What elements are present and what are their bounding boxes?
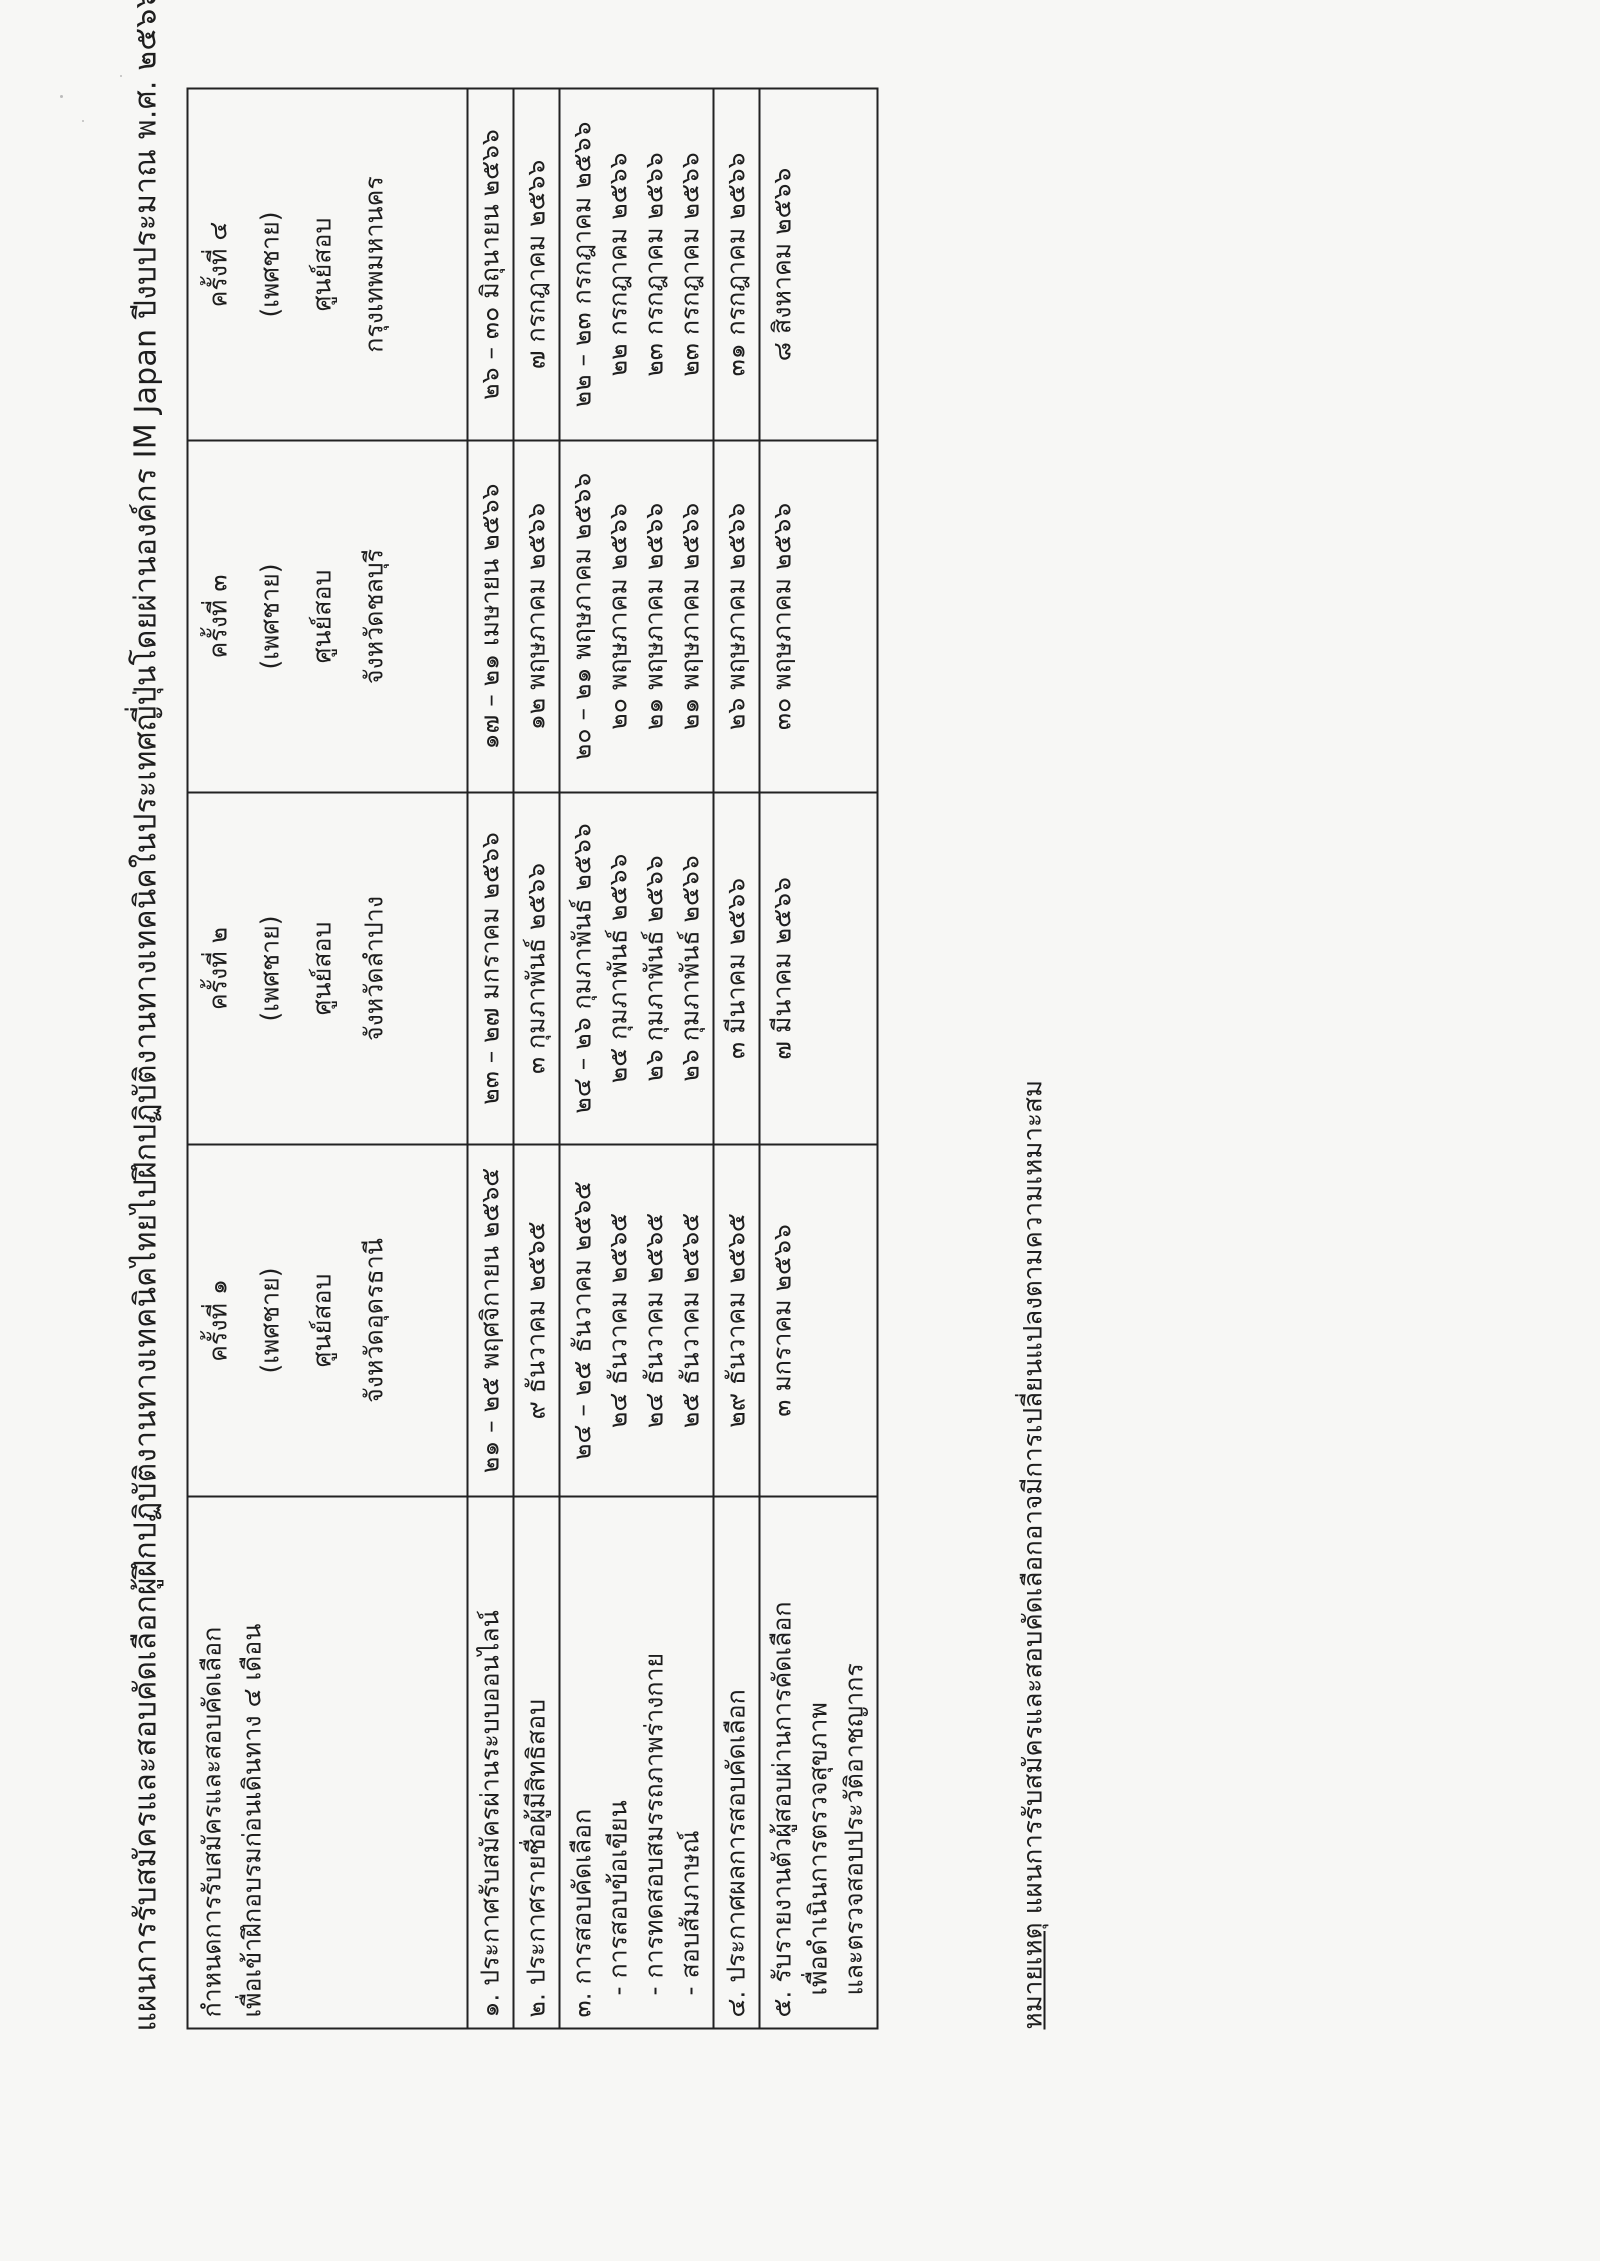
date-value: ๒๓ – ๒๗ มกราคม ๒๕๖๖ [472,803,508,1133]
task-header-line-2: เพื่อเข้าฝึกอบรมก่อนเดินทาง ๔ เดือน [232,1507,272,2017]
round-2-date-cell: ๓ กุมภาพันธ์ ๒๕๖๖ [513,792,559,1144]
round-4-date-cell: ๘ สิงหาคม ๒๕๖๖ [759,88,877,440]
round-gender: (เพศชาย) [244,451,296,781]
scan-speck [120,75,122,77]
round-number: ครั้งที่ ๓ [192,451,244,781]
row-label-line: - การทดสอบสมรรถภาพร่างกาย [636,1507,672,2017]
round-2-date-cell: ๓ มีนาคม ๒๕๖๖ [713,792,759,1144]
row-label: ๔. ประกาศผลการสอบคัดเลือก [713,1496,759,2028]
row-label-line: ๓. การสอบคัดเลือก [564,1507,600,2017]
document-page: แผนการรับสมัครและสอบคัดเลือกผู้ฝึกปฏิบัต… [0,0,1600,2261]
date-value: ๒๒ กรกฎาคม ๒๕๖๖ [600,99,636,429]
round-2-date-cell: ๒๔ – ๒๖ กุมภาพันธ์ ๒๕๖๖๒๕ กุมภาพันธ์ ๒๕๖… [559,792,713,1144]
scan-speck [60,95,63,98]
round-2-date-cell: ๒๓ – ๒๗ มกราคม ๒๕๖๖ [467,792,513,1144]
row-label-line: ๕. รับรายงานตัวผู้สอบผ่านการคัดเลือก [764,1507,800,2017]
round-number: ครั้งที่ ๔ [192,99,244,429]
date-value: ๓๐ พฤษภาคม ๒๕๖๖ [764,451,800,781]
table-row: ๓. การสอบคัดเลือก- การสอบข้อเขียน- การทด… [559,88,713,2028]
round-center-label: ศูนย์สอบ [296,451,348,781]
row-label-line: เพื่อดำเนินการตรวจสุขภาพ [800,1507,836,2017]
round-center: จังหวัดชลบุรี [348,451,400,781]
round-gender: (เพศชาย) [244,99,296,429]
round-3-header: ครั้งที่ ๓ (เพศชาย) ศูนย์สอบ จังหวัดชลบุ… [187,440,467,792]
date-value: ๑๗ – ๒๑ เมษายน ๒๕๖๖ [472,451,508,781]
round-1-date-cell: ๒๔ – ๒๕ ธันวาคม ๒๕๖๕๒๔ ธันวาคม ๒๕๖๕๒๔ ธั… [559,1144,713,1496]
round-3-date-cell: ๒๖ พฤษภาคม ๒๕๖๖ [713,440,759,792]
round-1-date-cell: ๒๑ – ๒๕ พฤศจิกายน ๒๕๖๕ [467,1144,513,1496]
document-title: แผนการรับสมัครและสอบคัดเลือกผู้ฝึกปฏิบัต… [122,131,169,2031]
date-value: ๑๒ พฤษภาคม ๒๕๖๖ [518,451,554,781]
round-3-date-cell: ๓๐ พฤษภาคม ๒๕๖๖ [759,440,877,792]
table-header-row: กำหนดการรับสมัครและสอบคัดเลือก เพื่อเข้า… [187,88,467,2028]
round-3-date-cell: ๑๗ – ๒๑ เมษายน ๒๕๖๖ [467,440,513,792]
date-value: ๒๓ กรกฎาคม ๒๕๖๖ [636,99,672,429]
date-value: ๒๑ พฤษภาคม ๒๕๖๖ [672,451,708,781]
round-1-date-cell: ๓ มกราคม ๒๕๖๖ [759,1144,877,1496]
date-value: ๓ กุมภาพันธ์ ๒๕๖๖ [518,803,554,1133]
round-center-label: ศูนย์สอบ [296,1155,348,1485]
table-row: ๕. รับรายงานตัวผู้สอบผ่านการคัดเลือกเพื่… [759,88,877,2028]
round-4-date-cell: ๗ กรกฎาคม ๒๕๖๖ [513,88,559,440]
row-label: ๑. ประกาศรับสมัครผ่านระบบออนไลน์ [467,1496,513,2028]
date-value: ๒๖ กุมภาพันธ์ ๒๕๖๖ [672,803,708,1133]
round-4-date-cell: ๓๑ กรกฎาคม ๒๕๖๖ [713,88,759,440]
row-label-line: และตรวจสอบประวัติอาชญากร [836,1507,872,2017]
round-center-label: ศูนย์สอบ [296,99,348,429]
round-center: กรุงเทพมหานคร [348,99,400,429]
task-header-line-1: กำหนดการรับสมัครและสอบคัดเลือก [192,1507,232,2017]
date-value: ๒๔ ธันวาคม ๒๕๖๕ [600,1155,636,1485]
date-value: ๒๕ กุมภาพันธ์ ๒๕๖๖ [600,803,636,1133]
round-1-date-cell: ๒๙ ธันวาคม ๒๕๖๕ [713,1144,759,1496]
date-value: ๓ มกราคม ๒๕๖๖ [764,1155,800,1485]
round-center-label: ศูนย์สอบ [296,803,348,1133]
round-number: ครั้งที่ ๑ [192,1155,244,1485]
row-label-line: - การสอบข้อเขียน [600,1507,636,2017]
date-value: ๒๐ – ๒๑ พฤษภาคม ๒๕๖๖ [564,451,600,781]
date-value: ๗ กรกฎาคม ๒๕๖๖ [518,99,554,429]
date-value: ๒๔ – ๒๖ กุมภาพันธ์ ๒๕๖๖ [564,803,600,1133]
date-value: ๒๖ พฤษภาคม ๒๕๖๖ [718,451,754,781]
date-value: ๒๑ พฤษภาคม ๒๕๖๖ [636,451,672,781]
round-number: ครั้งที่ ๒ [192,803,244,1133]
round-center: จังหวัดลำปาง [348,803,400,1133]
round-3-date-cell: ๒๐ – ๒๑ พฤษภาคม ๒๕๖๖๒๐ พฤษภาคม ๒๕๖๖๒๑ พฤ… [559,440,713,792]
table-row: ๒. ประกาศรายชื่อผู้มีสิทธิสอบ๙ ธันวาคม ๒… [513,88,559,2028]
date-value: ๓๑ กรกฎาคม ๒๕๖๖ [718,99,754,429]
row-label-line: ๒. ประกาศรายชื่อผู้มีสิทธิสอบ [518,1507,554,2017]
date-value: ๓ มีนาคม ๒๕๖๖ [718,803,754,1133]
date-value: ๒๑ – ๒๕ พฤศจิกายน ๒๕๖๕ [472,1155,508,1485]
row-label-line: ๔. ประกาศผลการสอบคัดเลือก [718,1507,754,2017]
date-value: ๒๙ ธันวาคม ๒๕๖๕ [718,1155,754,1485]
row-label-line: ๑. ประกาศรับสมัครผ่านระบบออนไลน์ [472,1507,508,2017]
date-value: ๒๖ – ๓๐ มิถุนายน ๒๕๖๖ [472,99,508,429]
row-label-line: - สอบสัมภาษณ์ [672,1507,708,2017]
row-label: ๓. การสอบคัดเลือก- การสอบข้อเขียน- การทด… [559,1496,713,2028]
date-value: ๗ มีนาคม ๒๕๖๖ [764,803,800,1133]
round-center: จังหวัดอุดรธานี [348,1155,400,1485]
round-4-date-cell: ๒๖ – ๓๐ มิถุนายน ๒๕๖๖ [467,88,513,440]
date-value: ๒๒ – ๒๓ กรกฎาคม ๒๕๖๖ [564,99,600,429]
round-3-date-cell: ๑๒ พฤษภาคม ๒๕๖๖ [513,440,559,792]
round-gender: (เพศชาย) [244,803,296,1133]
date-value: ๒๕ ธันวาคม ๒๕๖๕ [672,1155,708,1485]
table-body: ๑. ประกาศรับสมัครผ่านระบบออนไลน์๒๑ – ๒๕ … [467,88,877,2028]
footnote: หมายเหตุ แผนการรับสมัครและสอบคัดเลือกอาจ… [1012,1079,1053,2029]
table-row: ๑. ประกาศรับสมัครผ่านระบบออนไลน์๒๑ – ๒๕ … [467,88,513,2028]
round-gender: (เพศชาย) [244,1155,296,1485]
table-row: ๔. ประกาศผลการสอบคัดเลือก๒๙ ธันวาคม ๒๕๖๕… [713,88,759,2028]
footnote-label: หมายเหตุ [1018,1922,1048,2029]
round-2-date-cell: ๗ มีนาคม ๒๕๖๖ [759,792,877,1144]
scan-speck [82,120,84,122]
date-value: ๒๔ ธันวาคม ๒๕๖๕ [636,1155,672,1485]
round-1-date-cell: ๙ ธันวาคม ๒๕๖๕ [513,1144,559,1496]
date-value: ๘ สิงหาคม ๒๕๖๖ [764,99,800,429]
date-value: ๙ ธันวาคม ๒๕๖๕ [518,1155,554,1485]
footnote-text: แผนการรับสมัครและสอบคัดเลือกอาจมีการเปลี… [1018,1079,1048,1913]
date-value: ๒๐ พฤษภาคม ๒๕๖๖ [600,451,636,781]
round-1-header: ครั้งที่ ๑ (เพศชาย) ศูนย์สอบ จังหวัดอุดร… [187,1144,467,1496]
recruitment-schedule-table: กำหนดการรับสมัครและสอบคัดเลือก เพื่อเข้า… [186,87,878,2029]
row-label: ๒. ประกาศรายชื่อผู้มีสิทธิสอบ [513,1496,559,2028]
round-2-header: ครั้งที่ ๒ (เพศชาย) ศูนย์สอบ จังหวัดลำปา… [187,792,467,1144]
row-label: ๕. รับรายงานตัวผู้สอบผ่านการคัดเลือกเพื่… [759,1496,877,2028]
date-value: ๒๓ กรกฎาคม ๒๕๖๖ [672,99,708,429]
date-value: ๒๖ กุมภาพันธ์ ๒๕๖๖ [636,803,672,1133]
date-value: ๒๔ – ๒๕ ธันวาคม ๒๕๖๕ [564,1155,600,1485]
task-column-header: กำหนดการรับสมัครและสอบคัดเลือก เพื่อเข้า… [187,1496,467,2028]
round-4-date-cell: ๒๒ – ๒๓ กรกฎาคม ๒๕๖๖๒๒ กรกฎาคม ๒๕๖๖๒๓ กร… [559,88,713,440]
round-4-header: ครั้งที่ ๔ (เพศชาย) ศูนย์สอบ กรุงเทพมหาน… [187,88,467,440]
